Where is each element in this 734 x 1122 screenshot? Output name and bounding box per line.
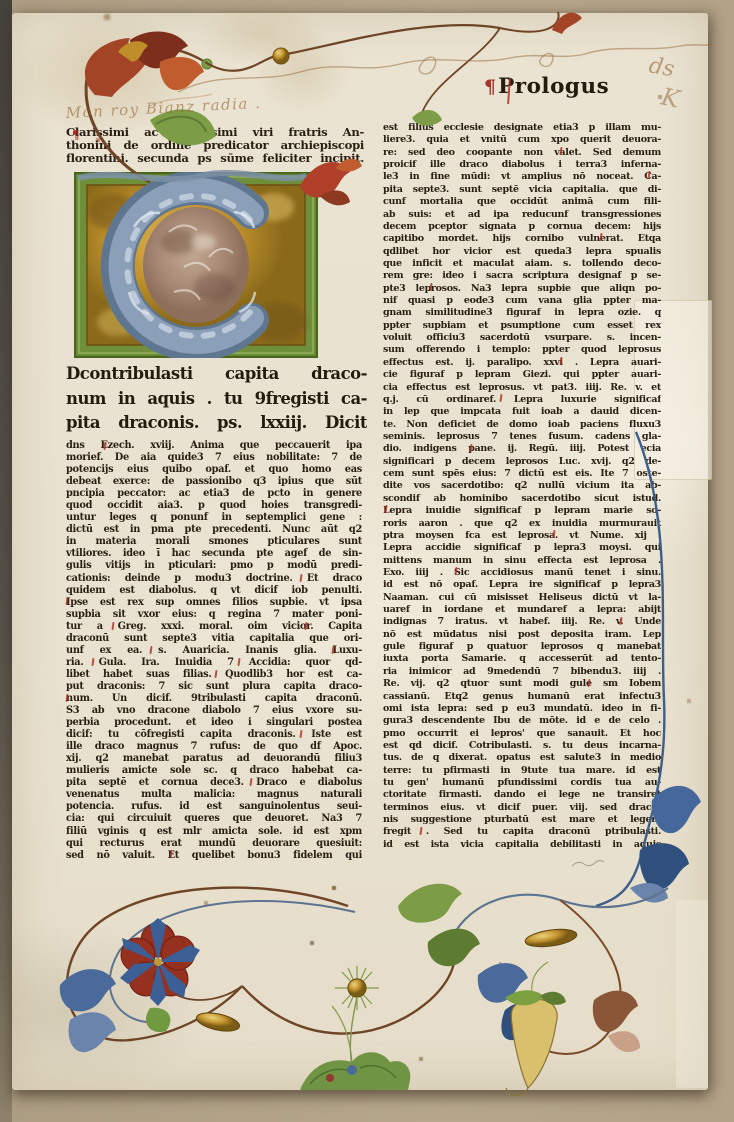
text-line: tur a Greg. xxxi. moral. oim vicior. Cap… [66,621,362,633]
illuminated-initial-C: C [74,172,318,358]
text-line: te. Non deficiet de domo ioab paciens fl… [383,419,661,431]
text-line: capitibo mordet. hijs cornibo vulnerat. … [383,233,661,245]
text-line: Naaman. cui cū misisset Heliseus dictū v… [383,592,661,604]
text-line: Exo. iiij . Sic accidiosus manū tenet i … [383,567,661,579]
text-line: liere3. quia et vnitū cum xpo querit deu… [383,134,661,146]
right-text-column: est filius ecclesie designate etia3 p il… [383,122,661,851]
text-line: cationis: deinde p modu3 doctrine. Et dr… [66,573,362,585]
text-line: num. Un dicif. 9tribulasti capita dracon… [66,693,362,705]
text-line: gura3 descendente Ibu de mōte. id e de c… [383,715,661,727]
text-line: mulieris amicte sole sc. q draco habebat… [66,765,362,777]
text-line: xij. q2 manebat paratus ad deuorandū fil… [66,753,362,765]
text-line: potencia. rufus. id est sanguinolentus s… [66,801,362,813]
text-line: le3 in fine mūdi: vt amplius nō noceat. … [383,171,661,183]
text-line: perbia procedunt. et ideo i singulari po… [66,717,362,729]
text-line: cia: qui circuiuit queres que deuoret. N… [66,813,362,825]
text-line: fregit . Sed tu capita draconū ptribulas… [383,826,661,838]
text-line: qui recturus erat mundū deuorare quesiui… [66,838,362,850]
text-line: put draconis: 7 sic sunt plura capita dr… [66,681,362,693]
text-line: ppter supbiam et psumptione cum esset re… [383,320,661,332]
text-line: morief. De aia quide3 7 eius nobilitate:… [66,452,362,464]
text-line: Ipse est rex sup omnes filios supbie. vt… [66,597,362,609]
red-pilcrow-icon: ¶ [72,128,80,142]
text-line: dictū est in pma pte precedenti. Nunc aū… [66,524,362,536]
text-line: voluit officiu3 sacerdotū vsurpare. s. i… [383,332,661,344]
text-line: pmo occurrit ei lepros' que sanauit. Et … [383,728,661,740]
manuscript-photo: ¶ Prologus ¶ Clarissimi ac doctissimi vi… [0,0,734,1122]
rubric-line: Clarissimi ac doctissimi viri fratris An… [66,126,364,139]
text-line: nō est mūdatus nisi post deposita iram. … [383,629,661,641]
foxing-specks [0,0,2,2]
text-line: est filius ecclesie designate etia3 p il… [383,122,661,134]
text-line: Lepra inuidie significaf p lepram marie … [383,505,661,517]
text-line: ctoritate firmasti. dando ei lege ne tra… [383,789,661,801]
text-line: qdlibet hor vicior est queda3 lepra spua… [383,246,661,258]
text-line: omi ista lepra: sed p eu3 mundatū. ideo … [383,703,661,715]
text-line: pita septe3. sunt septē vicia capitalia.… [383,184,661,196]
text-line: mittens manum in sinu effecta est lepros… [383,555,661,567]
text-line: gnam similitudine3 figuraf in lepra ozie… [383,307,661,319]
text-line: Re. vij. q2 qtuor sunt modi gule sm Iobe… [383,678,661,690]
text-line: cie figuraf p lepram Giezi. qui ppter au… [383,369,661,381]
text-line: venenatus multa malicia: magnus naturali [66,789,362,801]
text-line: pncipia peccator: ac etia3 de pcto in ge… [66,488,362,500]
text-line: dicif: tu cōfregisti capita draconis. Is… [66,729,362,741]
text-line: cassianū. Etq2 genus humanū erat infectu… [383,691,661,703]
text-line: dite vos sacerdotibo: q2 nullū vicium it… [383,480,661,492]
text-line: seminis. leprosus 7 tenes fusum. cadens … [383,431,661,443]
prologus-heading: ¶ Prologus [484,74,609,100]
text-line: pte3 leprosos. Na3 lepra supbie que aliq… [383,283,661,295]
text-line: decem pceptor signata p cornua decem: hi… [383,221,661,233]
text-line: dio. indigens pane. ij. Regū. iiij. Pote… [383,443,661,455]
incipit-line: num in aquis . tu 9fregisti ca- [66,387,367,412]
text-line: terminos eius. vt dicif puer. viij. sed … [383,802,661,814]
incipit-large-text: Dcontribulasti capita draco-num in aquis… [66,362,367,436]
text-line: cunf mortalia que occidūt animā cum fili… [383,196,661,208]
text-line: est qd dicif. Cotribulasti. s. tu deus i… [383,740,661,752]
text-line: S3 ab vno dracone diabolo 7 eius vxore s… [66,705,362,717]
text-line: re: sed deo coopante non valet. Sed demu… [383,147,661,159]
text-line: iuxta porta Samarie. q accesserūt ad ten… [383,653,661,665]
text-line: terre: tu pfirmasti in 9tute tua mare. i… [383,765,661,777]
text-line: potencijs eius quibo opaf. et quo homo e… [66,464,362,476]
incipit-line: pita draconis. ps. lxxiij. Dicit [66,411,367,436]
text-line: effectus est. ij. paralipo. xxvi . Lepra… [383,357,661,369]
text-line: significari p decem leprosos Luc. xvij. … [383,456,661,468]
text-line: gulis vitijs in pticulari: pmo p modū pr… [66,560,362,572]
text-line: id est nō opaf. Lepra ire significaf p l… [383,579,661,591]
text-line: cia effectus est leprosus. vt pat3. iiij… [383,382,661,394]
text-line: proicif ille draco diabolus i terra3 inf… [383,159,661,171]
text-line: draconū sunt septe3 vitia capitalia que … [66,633,362,645]
text-line: nif quasi p eode3 cum vana glia ppter ma… [383,295,661,307]
text-line: rem gre: ideo i sacra scriptura designaf… [383,270,661,282]
red-pilcrow-icon: ¶ [484,74,496,100]
text-line: que inficit et maculat aiam. s. tollendo… [383,258,661,270]
text-line: sum offerendo i templo: ppter quod lepro… [383,344,661,356]
text-line: ria. Gula. Ira. Inuidia 7 Accidia: quor … [66,657,362,669]
rubric-incipit: Clarissimi ac doctissimi viri fratris An… [66,126,364,166]
text-line: debeat exerce: de passionibo q3 ipius qu… [66,476,362,488]
text-line: pita septē et cornua dece3. Draco e diab… [66,777,362,789]
text-line: Lepra accidie significaf p lepra3 moysi.… [383,542,661,554]
rubric-line: florentini. secunda ps sūme feliciter in… [66,152,364,165]
text-line: nis suggestione pturbatū est mare et leg… [383,814,661,826]
text-line: gule figuraf p quatuor leprosos q maneba… [383,641,661,653]
text-line: quod occidit aia3. p quod hoies transgre… [66,500,362,512]
text-line: tus. de q dixerat. opatus est salute3 in… [383,752,661,764]
text-line: tu gen' humanū pfundissimi cordis tua au… [383,777,661,789]
left-text-column: dns Ezech. xviij. Anima que peccauerit i… [66,440,362,862]
text-line: ille draco magnus 7 rufus: de quo df Apo… [66,741,362,753]
text-line: cem sunt spēs eius: 7 dictū est eis. Ite… [383,468,661,480]
text-line: vtiliores. ideo ī hac secunda pte agef d… [66,548,362,560]
text-line: ptra moysen fca est leprosa. vt Nume. xi… [383,530,661,542]
photo-backdrop-strip [0,0,12,1122]
text-line: supbia sit vxor eius: q regina 7 mater p… [66,609,362,621]
rubric-line: thonini de ordine predicator archiepisco… [66,139,364,152]
text-line: in materia morali smones pticulares sunt [66,536,362,548]
text-line: dns Ezech. xviij. Anima que peccauerit i… [66,440,362,452]
text-line: unf ex ea. s. Auaricia. Inanis glia. Lux… [66,645,362,657]
page-title: Prologus [498,74,609,100]
text-line: roris aaron . que q2 ex inuidia murmurau… [383,518,661,530]
text-line: q.j. cū ordinaref. Lepra luxurie signifi… [383,394,661,406]
incipit-line: Dcontribulasti capita draco- [66,362,367,387]
text-line: sed nō valuit. Et quelibet bonu3 fidelem… [66,850,362,862]
text-line: scondif ab hominibo sacerdotibo sicut is… [383,493,661,505]
text-line: id est ista vicia capitalia debilitasti … [383,839,661,851]
text-line: ria inimicor ad 9medendū 7 bibendu3. iii… [383,666,661,678]
illuminated-initial-art [74,172,318,358]
text-line: filiū vginis q est mlr amicta sole. id e… [66,826,362,838]
text-line: uaref in iordane et mundaref a lepra: ab… [383,604,661,616]
text-line: quidem est diabolus. q vt dicif iob penu… [66,585,362,597]
paper-light-band [676,900,708,1088]
text-line: in lep que impcata fuit ioab a dauid dic… [383,406,661,418]
text-line: ab suis: et ad ipa reducunf transgressio… [383,209,661,221]
text-line: untur leges q ponunf in septemplici gene… [66,512,362,524]
